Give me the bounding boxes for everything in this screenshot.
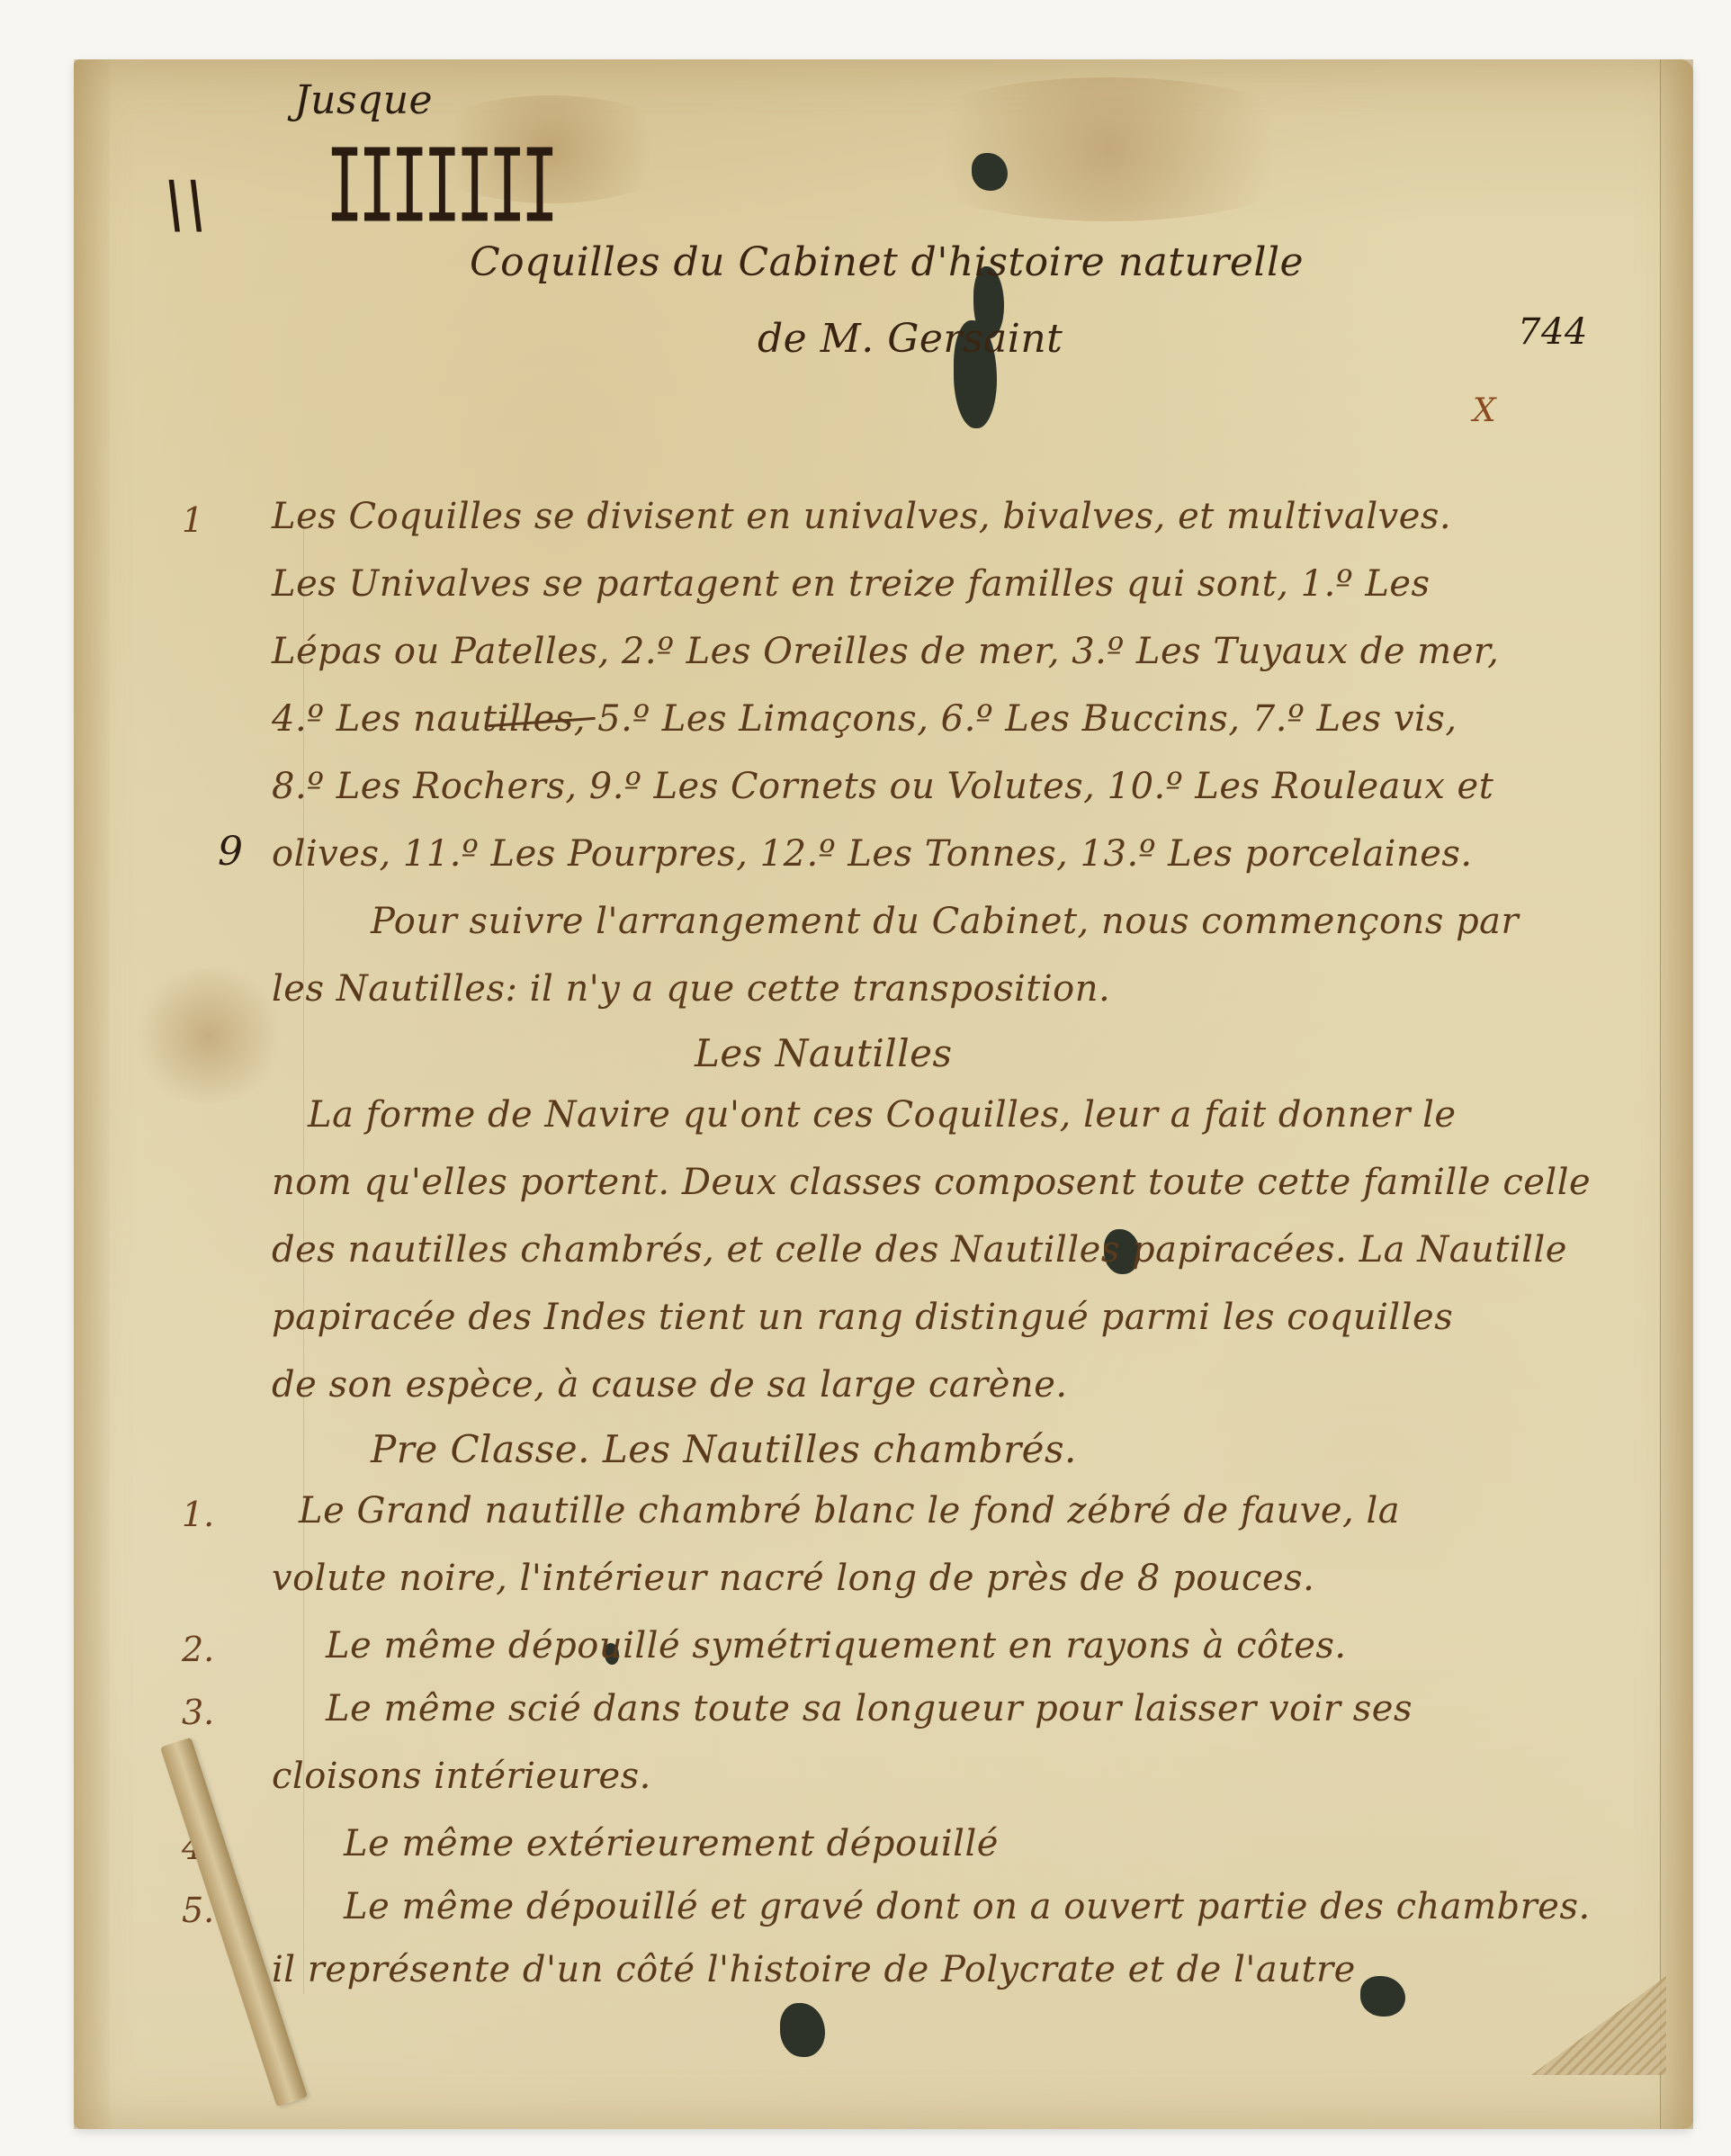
text-line: Les Univalves se partagent en treize fam… bbox=[272, 563, 1431, 605]
stain bbox=[128, 968, 290, 1103]
entry-line: cloisons intérieures. bbox=[272, 1756, 651, 1797]
page-right-edge bbox=[1660, 59, 1693, 2129]
corner-note: Jusque bbox=[294, 77, 433, 123]
title-line-1: Coquilles du Cabinet d'histoire naturell… bbox=[470, 239, 1304, 285]
paragraph-line: des nautilles chambrés, et celle des Nau… bbox=[272, 1229, 1567, 1271]
entry-line: Le Grand nautille chambré blanc le fond … bbox=[299, 1490, 1400, 1532]
text-line: olives, 11.º Les Pourpres, 12.º Les Tonn… bbox=[272, 833, 1473, 875]
stain bbox=[883, 77, 1333, 221]
page-left-edge bbox=[74, 59, 110, 2129]
entry-line: Le même dépouillé et gravé dont on a ouv… bbox=[344, 1886, 1591, 1927]
entry-line: Le même extérieurement dépouillé bbox=[344, 1823, 999, 1864]
text-line: Les Coquilles se divisent en univalves, … bbox=[272, 496, 1451, 537]
paragraph-line: La forme de Navire qu'ont ces Coquilles,… bbox=[308, 1094, 1457, 1136]
class-heading: Pre Classe. Les Nautilles chambrés. bbox=[371, 1427, 1077, 1471]
entry-line: Le même dépouillé symétriquement en rayo… bbox=[326, 1625, 1347, 1666]
entry-number: 1. bbox=[182, 1495, 214, 1534]
text-line: 8.º Les Rochers, 9.º Les Cornets ou Volu… bbox=[272, 766, 1493, 807]
entry-line: volute noire, l'intérieur nacré long de … bbox=[272, 1558, 1314, 1599]
title-line-2: de M. Gersaint bbox=[758, 316, 1063, 362]
paragraph-line: de son espèce, à cause de sa large carèn… bbox=[272, 1364, 1068, 1406]
entry-line: Le même scié dans toute sa longueur pour… bbox=[326, 1688, 1413, 1729]
page-corner-fold bbox=[1531, 1976, 1666, 2075]
text-line: 4.º Les nautilles, 5.º Les Limaçons, 6.º… bbox=[272, 698, 1457, 740]
section-heading: Les Nautilles bbox=[695, 1031, 953, 1075]
text-line: Lépas ou Patelles, 2.º Les Oreilles de m… bbox=[272, 631, 1499, 672]
paper-hole bbox=[780, 2003, 825, 2057]
paper-hole bbox=[972, 153, 1008, 191]
paper-hole bbox=[1360, 1976, 1405, 2017]
folio-number: 744 bbox=[1518, 311, 1588, 353]
entry-number: 3. bbox=[182, 1693, 214, 1732]
margin-number: 1 bbox=[182, 500, 203, 540]
margin-number: 9 bbox=[218, 829, 243, 875]
tally-marks: IIIIIII bbox=[326, 127, 553, 245]
paragraph-line: papiracée des Indes tient un rang distin… bbox=[272, 1297, 1453, 1338]
entry-line: il représente d'un côté l'histoire de Po… bbox=[272, 1949, 1356, 1990]
slash-marks: \\ bbox=[164, 167, 207, 241]
margin-mark: X bbox=[1473, 392, 1496, 429]
paragraph-line: nom qu'elles portent. Deux classes compo… bbox=[272, 1162, 1591, 1203]
entry-number: 2. bbox=[182, 1630, 214, 1669]
manuscript-page: Jusque IIIIIII \\ 744 X Coquilles du Cab… bbox=[74, 59, 1693, 2129]
text-line: les Nautilles: il n'y a que cette transp… bbox=[272, 968, 1110, 1010]
text-line: Pour suivre l'arrangement du Cabinet, no… bbox=[371, 901, 1519, 942]
